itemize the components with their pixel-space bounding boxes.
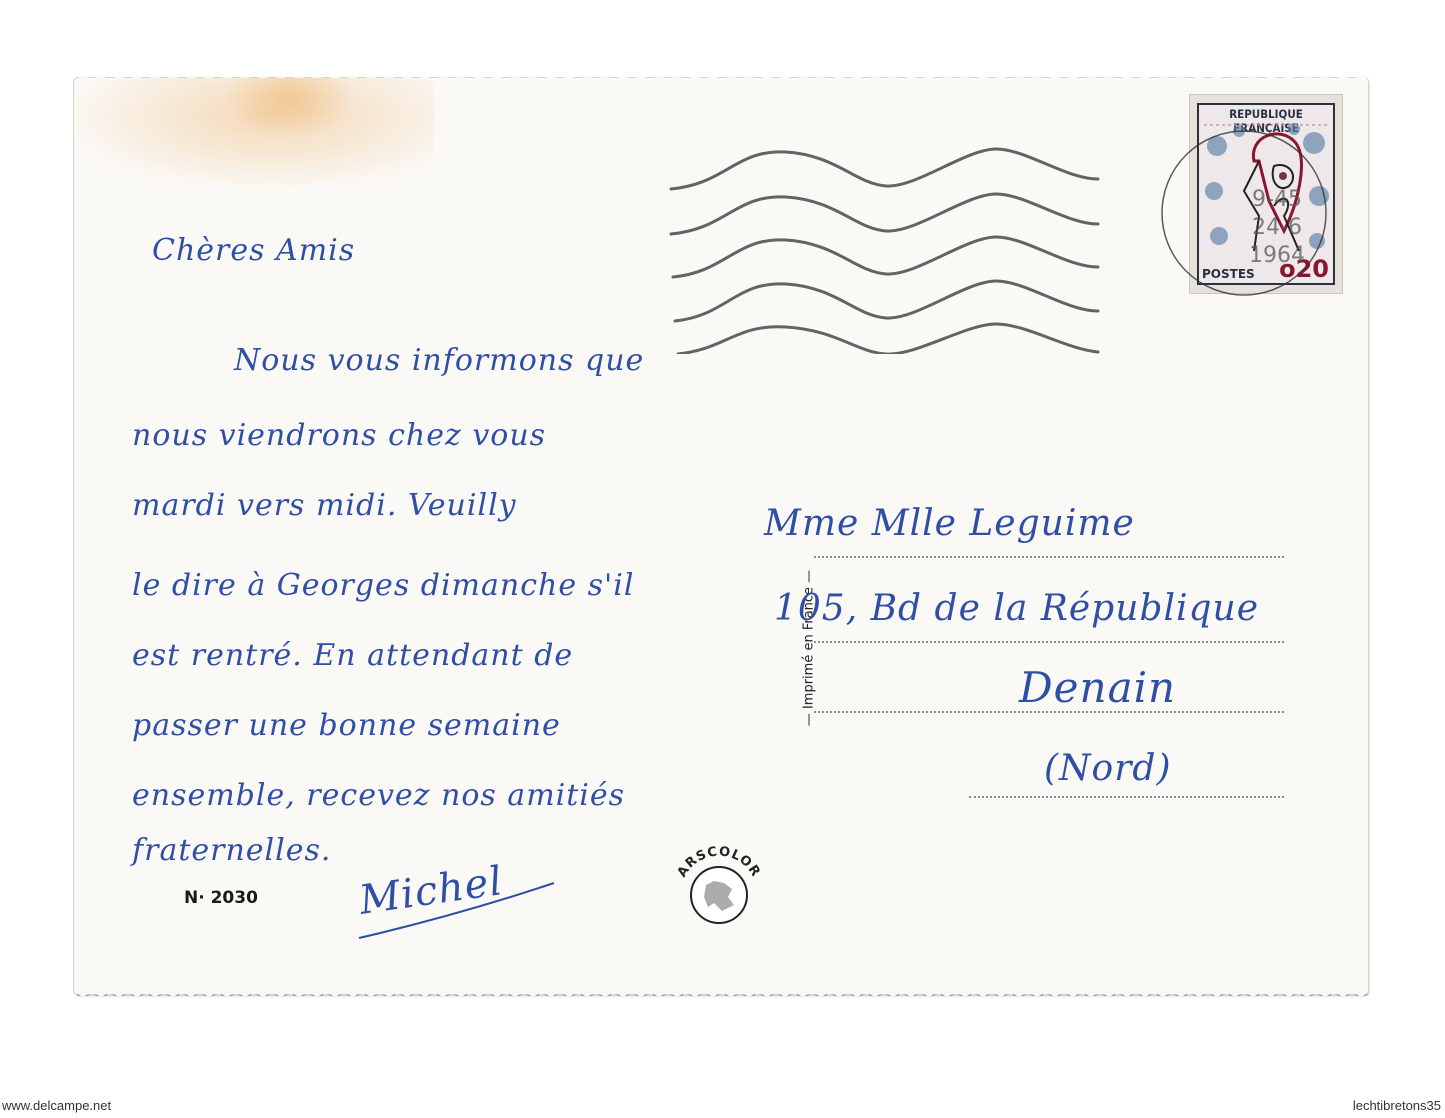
postmark: 9-45 24-6 1964: [1159, 128, 1329, 298]
svg-text:9-45: 9-45: [1252, 187, 1302, 212]
paper-stain-spot: [224, 78, 354, 138]
message-greeting: Chères Amis: [152, 233, 355, 268]
message-line: ensemble, recevez nos amitiés: [132, 778, 625, 813]
message-line: mardi vers midi. Veuilly: [132, 488, 517, 523]
address-dotted-line: [814, 641, 1284, 643]
address-line-city: Denain: [1019, 663, 1176, 712]
message-line: passer une bonne semaine: [132, 708, 561, 743]
signature-underline-icon: [344, 853, 564, 943]
address-line-region: (Nord): [1044, 748, 1172, 789]
message-line: fraternelles.: [132, 833, 331, 868]
message-line: est rentré. En attendant de: [132, 638, 573, 673]
address-line-street: 105, Bd de la République: [774, 588, 1259, 629]
message-line: le dire à Georges dimanche s'il: [132, 568, 634, 603]
card-edge-bottom: [74, 990, 1368, 1000]
footer-seller-name: lechtibretons35: [1353, 1098, 1441, 1113]
message-line: Nous vous informons que: [234, 343, 644, 378]
postmark-circle-icon: 9-45 24-6 1964: [1159, 128, 1329, 298]
address-line-name: Mme Mlle Leguime: [764, 503, 1135, 544]
message-line: nous viendrons chez vous: [132, 418, 546, 453]
address-dotted-line: [969, 796, 1284, 798]
arscolor-logo-icon: ARSCOLOR: [664, 823, 774, 933]
svg-text:1964: 1964: [1249, 243, 1305, 268]
svg-text:24-6: 24-6: [1252, 215, 1302, 240]
footer-site-link[interactable]: www.delcampe.net: [2, 1098, 111, 1113]
wavy-cancellation-icon: [666, 144, 1106, 354]
address-dotted-line: [814, 556, 1284, 558]
card-number: N· 2030: [184, 888, 258, 908]
postcard: REPUBLIQUE FRANÇAISE POSTES o20: [74, 78, 1368, 994]
